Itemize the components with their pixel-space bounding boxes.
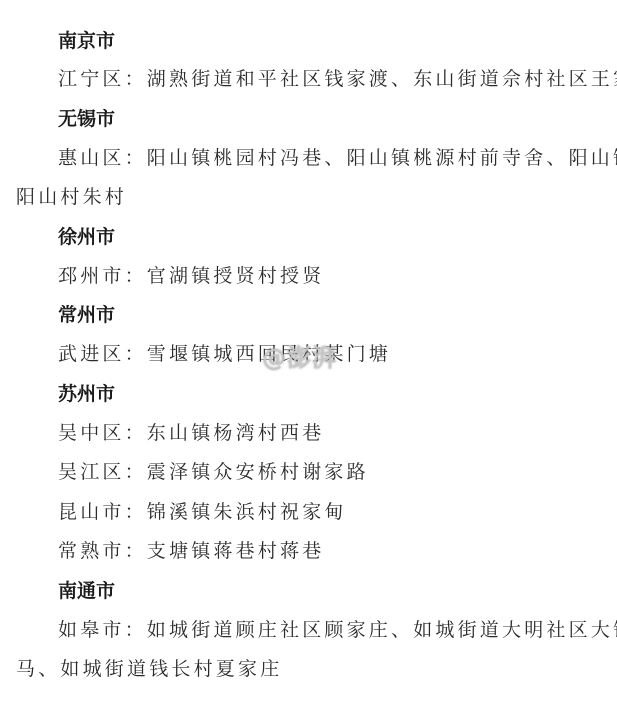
city-heading-changzhou: 常州市 <box>58 303 115 327</box>
entry-wujiang: 吴江区：震泽镇众安桥村谢家路 <box>58 460 369 484</box>
city-heading-wuxi: 无锡市 <box>58 107 115 131</box>
entry-huishan-line2: 阳山村朱村 <box>16 185 127 209</box>
entry-wuzhong: 吴中区：东山镇杨湾村西巷 <box>58 421 324 445</box>
entry-huishan-line1: 惠山区：阳山镇桃园村冯巷、阳山镇桃源村前寺舍、阳山镇 <box>58 146 617 170</box>
city-heading-nanjing: 南京市 <box>58 29 115 53</box>
entry-wujin: 武进区：雪堰镇城西回民村某门塘 <box>58 342 391 366</box>
city-heading-nantong: 南通市 <box>58 579 115 603</box>
city-heading-suzhou: 苏州市 <box>58 382 115 406</box>
entry-changshu: 常熟市：支塘镇蒋巷村蒋巷 <box>58 539 324 563</box>
watermark: @澎湃 <box>262 338 337 373</box>
entry-rugao-line1: 如皋市：如城街道顾庄社区顾家庄、如城街道大明社区大镠 <box>58 618 617 642</box>
entry-rugao-line2: 马、如城街道钱长村夏家庄 <box>16 657 282 681</box>
entry-jiangning: 江宁区：湖熟街道和平社区钱家渡、东山街道佘村社区王家 <box>58 67 617 91</box>
entry-pizhou: 邳州市：官湖镇授贤村授贤 <box>58 264 324 288</box>
entry-kunshan: 昆山市：锦溪镇朱浜村祝家甸 <box>58 500 347 524</box>
city-heading-xuzhou: 徐州市 <box>58 225 115 249</box>
